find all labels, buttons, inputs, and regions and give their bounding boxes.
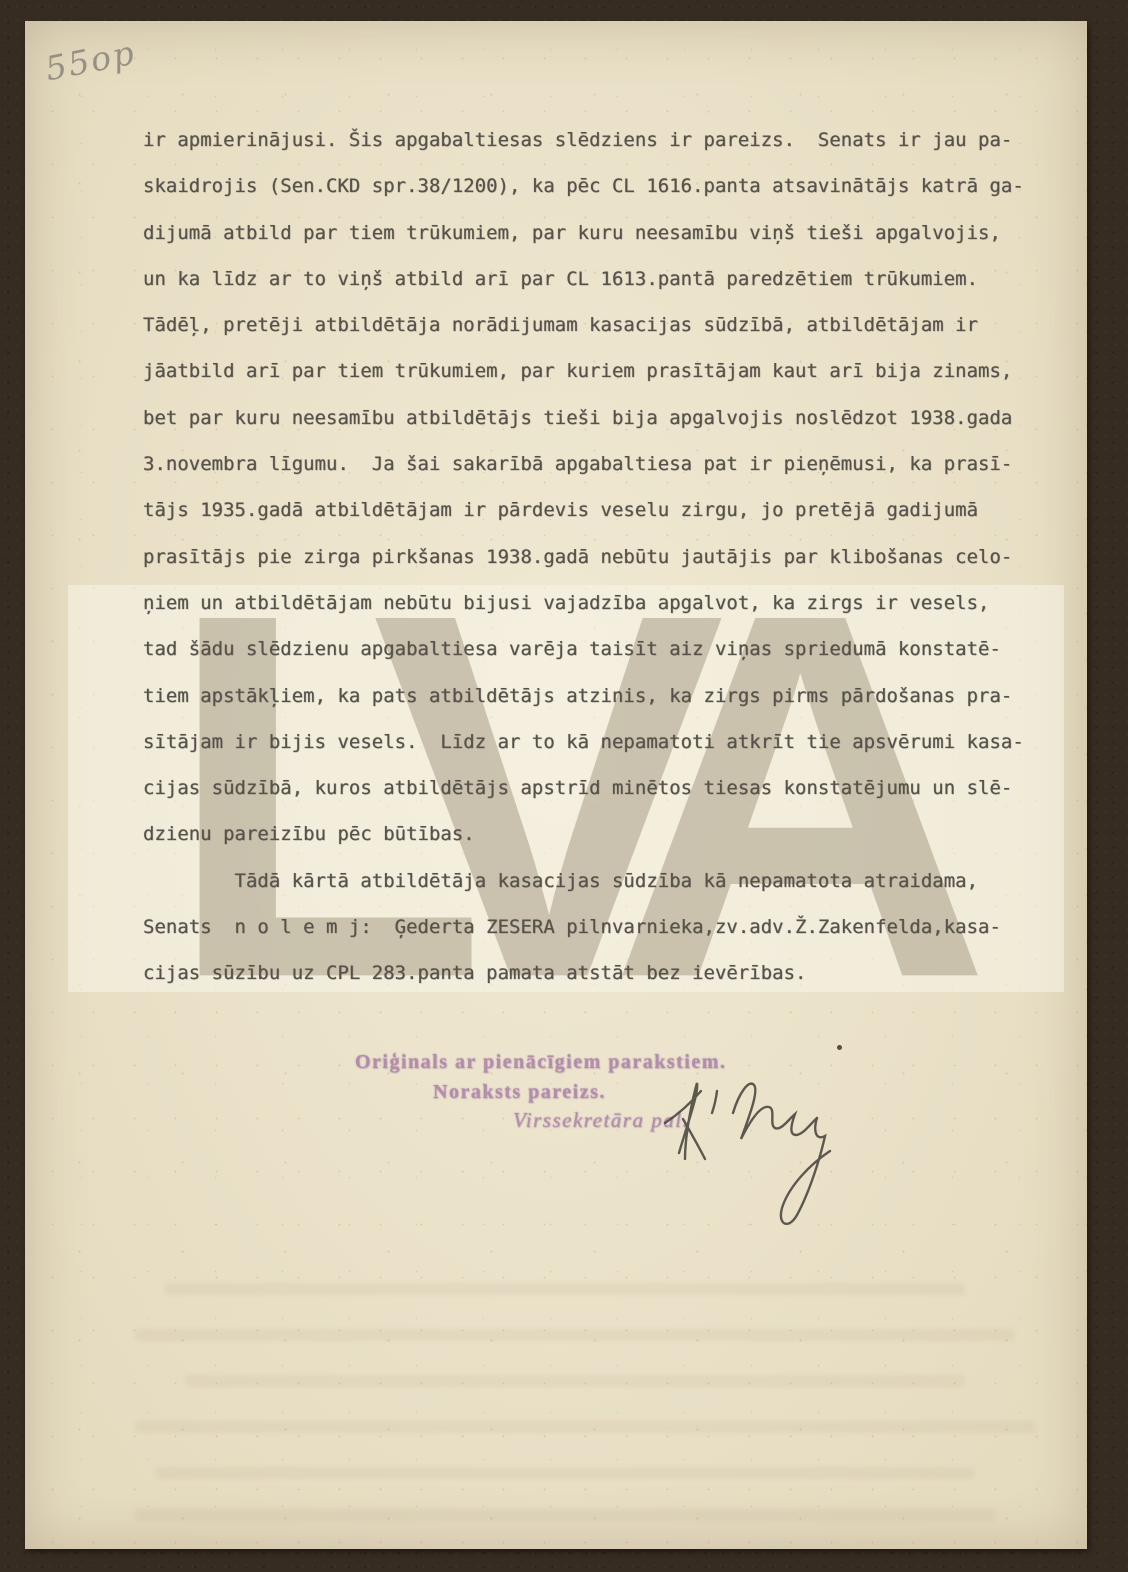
typewritten-line: dzienu pareizību pēc būtības. [143,811,1063,857]
typewritten-line: sītājam ir bijis vesels. Līdz ar to kā n… [143,719,1063,765]
bleedthrough-ghost-line [185,1375,965,1387]
bleedthrough-ghost-line [135,1421,1035,1433]
typewritten-line: un ka līdz ar to viņš atbild arī par CL … [143,256,1063,302]
typewritten-line: cijas sūzību uz CPL 283.panta pamata ats… [143,950,1063,996]
typewritten-line: skaidrojis (Sen.CKD spr.38/1200), ka pēc… [143,163,1063,209]
typewritten-line: dijumā atbild par tiem trūkumiem, par ku… [143,210,1063,256]
typewritten-line: Tādēļ, pretēji atbildētāja norādijumam k… [143,302,1063,348]
document-page: 55op LVA ir apmierinājusi. Šis apgabalti… [25,21,1087,1549]
pencil-page-annotation: 55op [42,33,139,89]
bleedthrough-ghost-line [135,1509,995,1521]
handwritten-signature-icon [637,1047,847,1262]
typewritten-line: tājs 1935.gadā atbildētājam ir pārdevis … [143,487,1063,533]
typewritten-line: cijas sūdzībā, kuros atbildētājs apstrīd… [143,765,1063,811]
typewritten-line: ir apmierinājusi. Šis apgabaltiesas slēd… [143,117,1063,163]
typewritten-line: Tādā kārtā atbildētāja kasacijas sūdzība… [143,858,1063,904]
certification-stamp-line-2: Noraksts pareizs. [433,1081,606,1104]
bleedthrough-ghost-line [135,1329,1015,1341]
bleedthrough-ghost-line [155,1467,975,1479]
photographed-archive-backdrop: { "scan": { "pencil_annotation": "55op",… [0,0,1128,1572]
typewritten-line: jāatbild arī par tiem trūkumiem, par kur… [143,348,1063,394]
typewritten-line: ņiem un atbildētājam nebūtu bijusi vajad… [143,580,1063,626]
bleedthrough-ghost-line [165,1283,965,1295]
typewritten-line: 3.novembra līgumu. Ja šai sakarībā apgab… [143,441,1063,487]
typewritten-line: Senats n o l e m j: Ģederta ZESERA pilnv… [143,904,1063,950]
typewritten-line: tiem apstākļiem, ka pats atbildētājs atz… [143,673,1063,719]
typewritten-line: bet par kuru neesamību atbildētājs tieši… [143,395,1063,441]
typewritten-text-block: ir apmierinājusi. Šis apgabaltiesas slēd… [143,117,1063,997]
typewritten-line: tad šādu slēdzienu apgabaltiesa varēja t… [143,626,1063,672]
typewritten-line: prasītājs pie zirga pirkšanas 1938.gadā … [143,534,1063,580]
